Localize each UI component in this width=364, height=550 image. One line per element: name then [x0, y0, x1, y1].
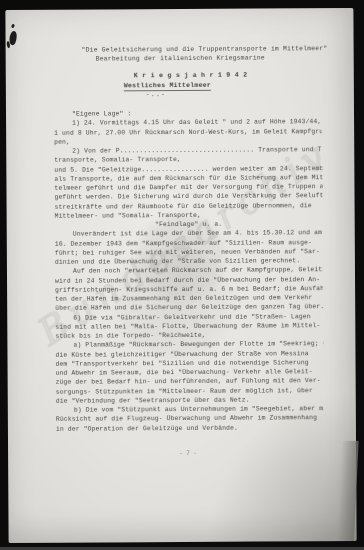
- document-subtitle-text: Westliches Mittelmeer: [124, 81, 211, 91]
- document-page: Bundesarchiv "Die Geleitsicherung und di…: [5, 8, 356, 543]
- text-line: 1 und 8 Uhr, 27.00 Uhr Rückmarsch Nord-W…: [54, 127, 322, 138]
- document-subtitle: Westliches Mittelmeer: [124, 81, 211, 89]
- ink-mark-blot: [8, 30, 18, 45]
- text-line: streitkräfte und der Räumboote für die G…: [55, 201, 323, 212]
- header-quote-line2: Bearbeitung der italienischen Kriegsmari…: [96, 54, 265, 62]
- page-number: - 7 -: [164, 450, 212, 457]
- ink-mark-dot: [11, 24, 15, 29]
- text-line: 2) Von der P............................…: [54, 145, 322, 156]
- header-quote-line1: "Die Geleitsicherung und die Truppentran…: [82, 45, 328, 54]
- scan-frame: Bundesarchiv "Die Geleitsicherung und di…: [0, 0, 364, 550]
- page-corner-shadow: [206, 371, 357, 542]
- title-divider: -..-: [146, 91, 166, 98]
- document-title: K r i e g s j a h r 1 9 4 2: [134, 72, 248, 80]
